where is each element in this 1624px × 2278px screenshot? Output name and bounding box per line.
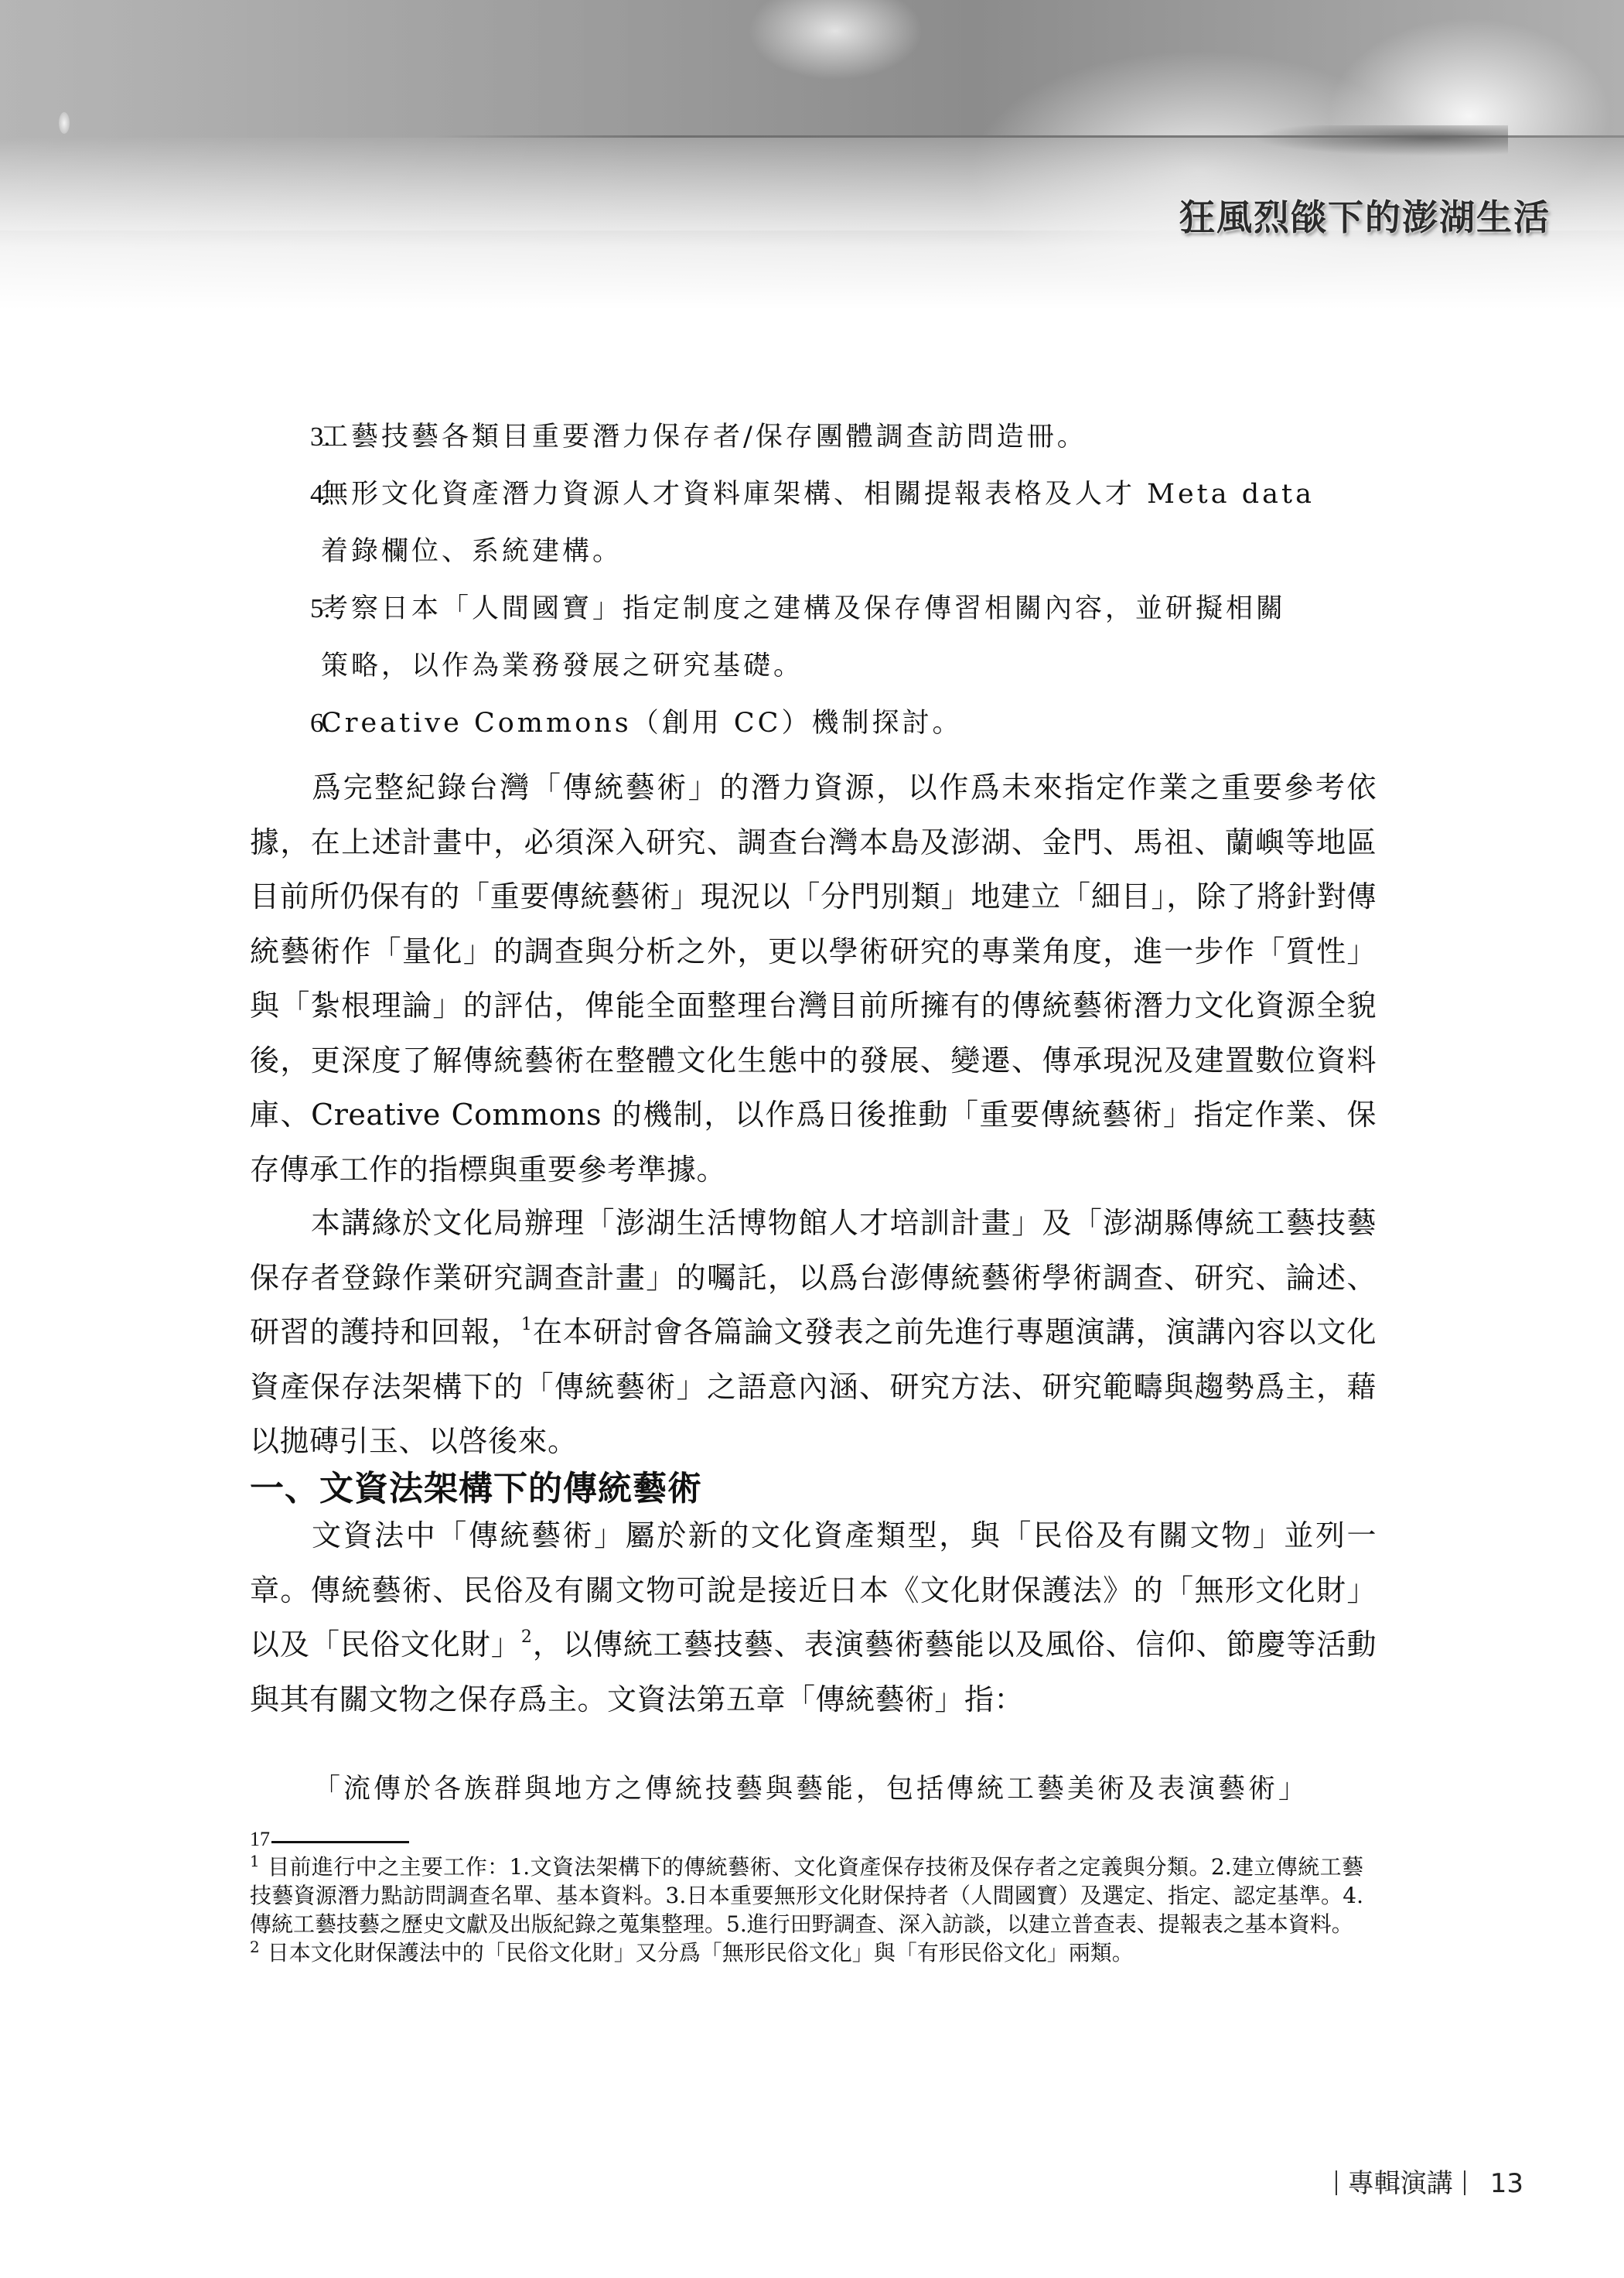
footnote-marker: 1 <box>250 1852 260 1870</box>
footnote-marker: 2 <box>250 1938 260 1956</box>
footnote-text: 日本文化財保護法中的「民俗文化財」又分爲「無形民俗文化」與「有形民俗文化」兩類。 <box>268 1940 1134 1966</box>
footnote-item: 1目前進行中之主要工作：1.文資法架構下的傳統藝術、文化資產保存技術及保存者之定… <box>250 1853 1363 1938</box>
list-item-line: 着錄欄位、系統建構。 <box>321 523 1377 580</box>
list-item: 3. 工藝技藝各類目重要潛力保存者/保存團體調查訪問造冊。 <box>250 408 1377 466</box>
list-item-number: 6. <box>310 695 330 752</box>
section-heading: 一、文資法架構下的傳統藝術 <box>250 1460 702 1510</box>
footer-divider <box>1336 2170 1337 2195</box>
footer-divider <box>1464 2170 1465 2195</box>
list-item: 4. 無形文化資產潛力資源人才資料庫架構、相關提報表格及人才 Meta data… <box>250 466 1377 580</box>
work-items-list: 3. 工藝技藝各類目重要潛力保存者/保存團體調查訪問造冊。 4. 無形文化資產潛… <box>250 408 1377 752</box>
footnote-item: 2日本文化財保護法中的「民俗文化財」又分爲「無形民俗文化」與「有形民俗文化」兩類… <box>250 1938 1363 1967</box>
list-item: 6. Creative Commons（創用 CC）機制探討。 <box>250 695 1377 752</box>
list-item-number: 4. <box>310 466 330 523</box>
list-item-number: 5. <box>310 580 330 637</box>
list-item-line: Creative Commons（創用 CC）機制探討。 <box>321 695 1377 752</box>
footnote-ref-1[interactable]: 1 <box>521 1315 533 1334</box>
footnote-ref-2[interactable]: 2 <box>521 1627 533 1647</box>
header-banner-image: 狂風烈燄下的澎湖生活 <box>0 0 1624 309</box>
page-number: 13 <box>1490 2168 1523 2199</box>
page-footer: 專輯演講13 <box>1325 2162 1523 2200</box>
law-quote: 「流傳於各族群與地方之傳統技藝與藝能，包括傳統工藝美術及表演藝術」 <box>313 1767 1308 1806</box>
body-paragraph: 本講緣於文化局辦理「澎湖生活博物館人才培訓計畫」及「澎湖縣傳統工藝技藝保存者登錄… <box>250 1196 1377 1469</box>
list-item: 5. 考察日本「人間國寶」指定制度之建構及保存傳習相關內容，並研擬相關 策略，以… <box>250 580 1377 695</box>
list-item-line: 策略，以作為業務發展之研究基礎。 <box>321 637 1377 695</box>
paragraph-text: 爲完整紀錄台灣「傳統藝術」的潛力資源，以作爲未來指定作業之重要參考依據，在上述計… <box>250 770 1377 1187</box>
list-item-line: 工藝技藝各類目重要潛力保存者/保存團體調查訪問造冊。 <box>321 408 1377 466</box>
list-item-number: 3. <box>310 408 330 466</box>
list-item-line: 無形文化資產潛力資源人才資料庫架構、相關提報表格及人才 Meta data <box>321 466 1377 523</box>
body-paragraph: 爲完整紀錄台灣「傳統藝術」的潛力資源，以作爲未來指定作業之重要參考依據，在上述計… <box>250 760 1377 1197</box>
publication-title: 狂風烈燄下的澎湖生活 <box>1179 190 1551 241</box>
list-item-line: 考察日本「人間國寶」指定制度之建構及保存傳習相關內容，並研擬相關 <box>321 580 1377 637</box>
footer-section-label: 專輯演講 <box>1348 2168 1453 2199</box>
footnotes: 1目前進行中之主要工作：1.文資法架構下的傳統藝術、文化資產保存技術及保存者之定… <box>250 1853 1363 1967</box>
footnote-text: 目前進行中之主要工作：1.文資法架構下的傳統藝術、文化資產保存技術及保存者之定義… <box>250 1854 1363 1937</box>
footnote-separator-label: 17 <box>250 1828 270 1850</box>
footnote-separator: 17 <box>250 1828 409 1851</box>
footnote-rule <box>271 1841 409 1843</box>
banner-fade-overlay <box>0 0 1624 309</box>
body-paragraph: 文資法中「傳統藝術」屬於新的文化資產類型，與「民俗及有關文物」並列一章。傳統藝術… <box>250 1508 1377 1726</box>
